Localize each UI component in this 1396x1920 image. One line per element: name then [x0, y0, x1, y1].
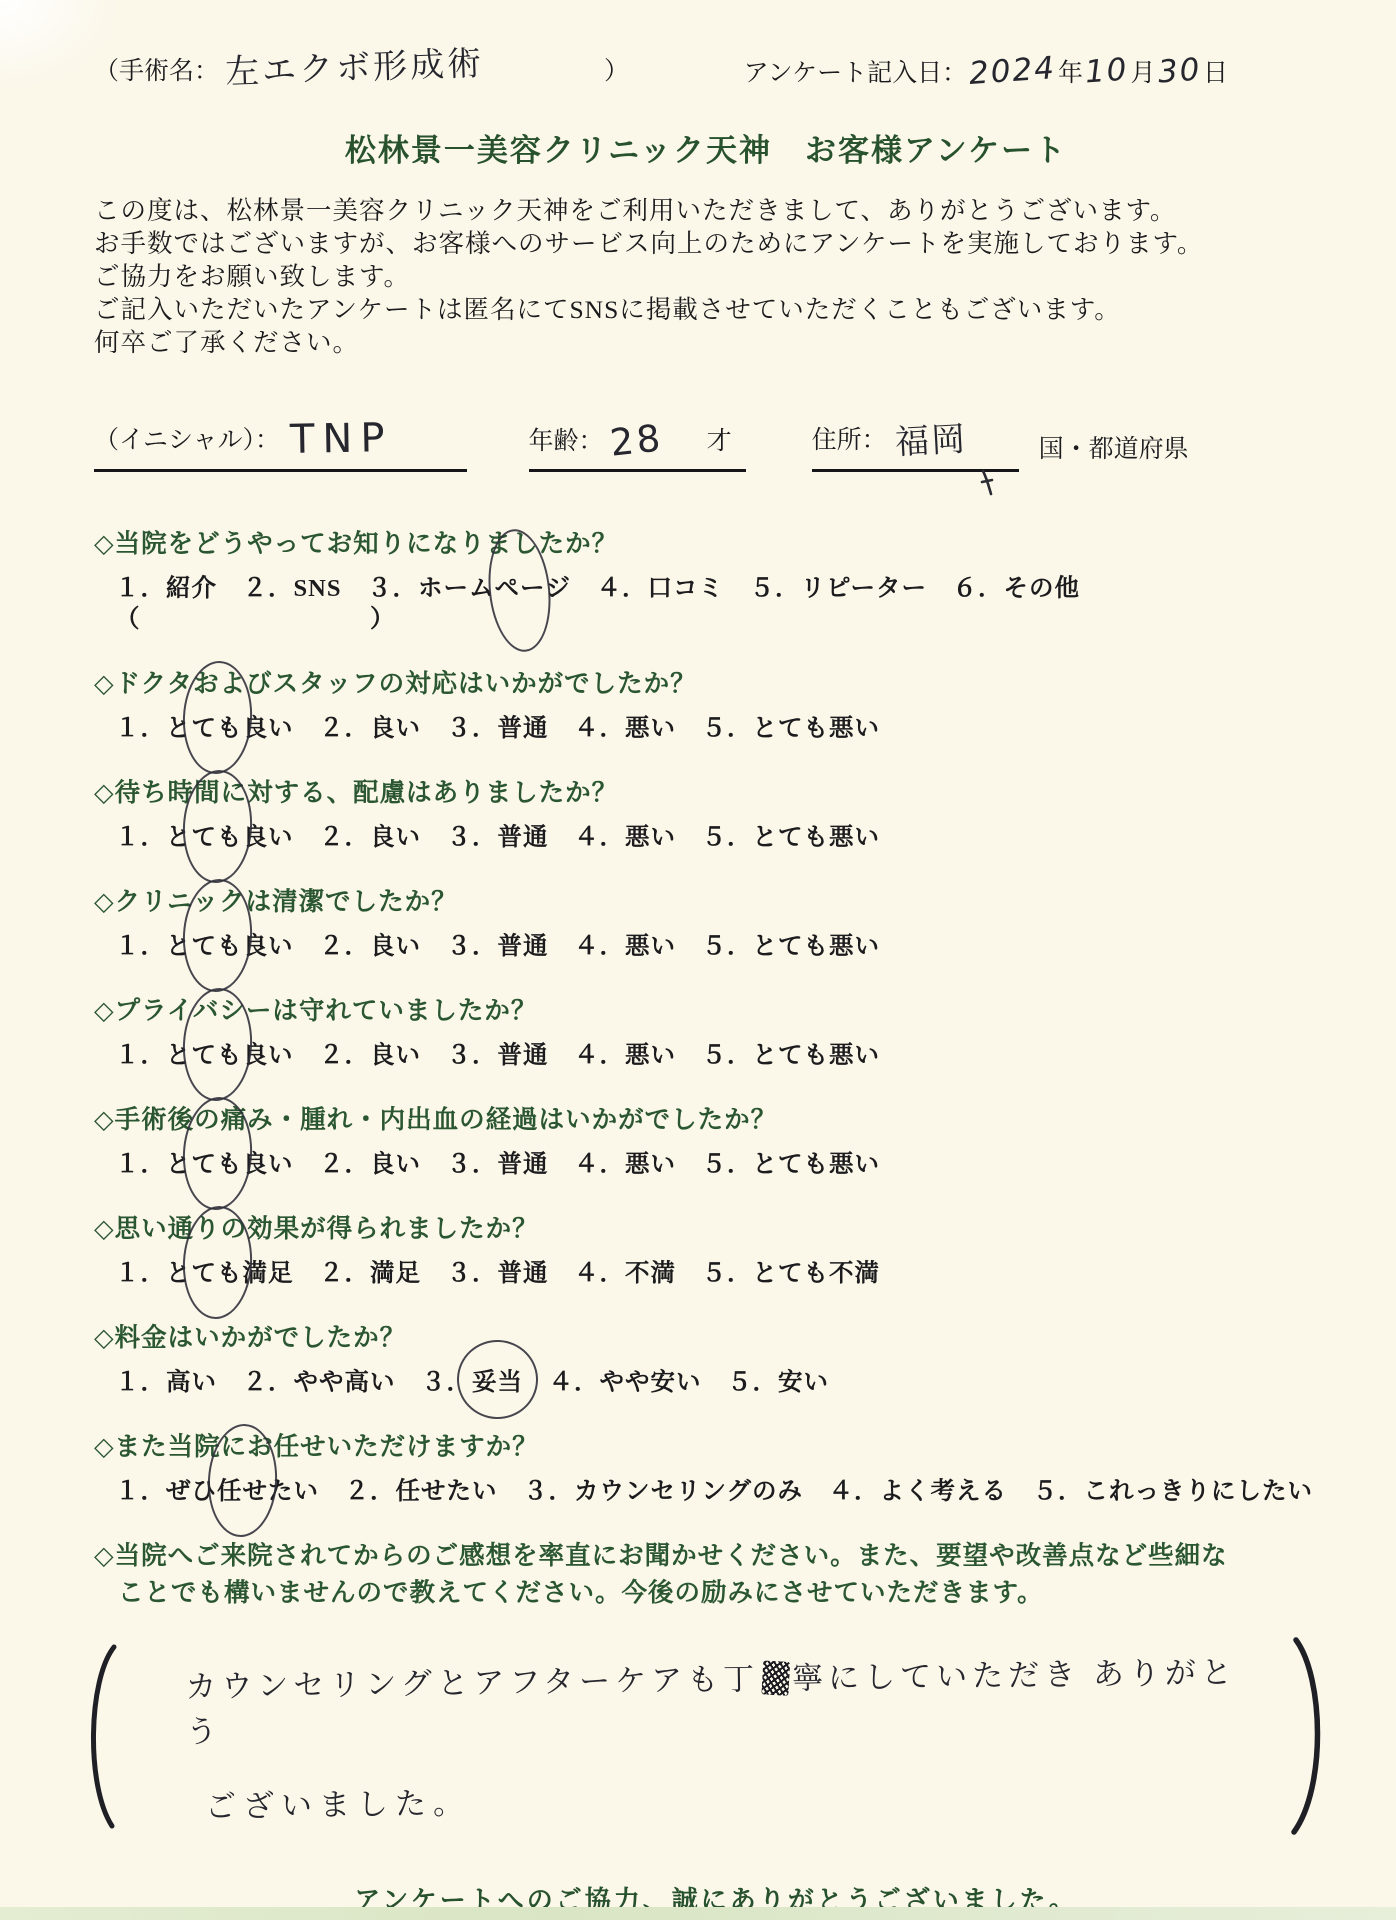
intro-line: 何卒ご了承ください。 — [94, 326, 1338, 359]
right-paren-stroke — [1286, 1636, 1332, 1841]
answer-circle: ペー — [494, 573, 545, 604]
question-label: ◇当院をどうやってお知りになりましたか？ — [94, 528, 1338, 559]
answer-circle: ても — [192, 713, 243, 744]
options-text: 良い ２．良い ３．普通 ４．悪い ５．とても悪い — [243, 933, 881, 960]
free-question-line1: ◇当院へご来院されてからのご感想を率直にお聞かせください。また、要望や改善点など… — [94, 1540, 1338, 1571]
scan-corner-artifact — [0, 0, 120, 90]
form-title: 松林景一美容クリニック天神 お客様アンケート — [94, 125, 1318, 170]
question-block: ◇当院をどうやってお知りになりましたか？１．紹介 ２．SNS ３．ホームページ … — [94, 528, 1338, 635]
question-label: ◇また当院にお任せいただけますか？ — [94, 1431, 1338, 1462]
address-value-handwritten: 福岡 — [893, 411, 967, 464]
question-block: ◇手術後の痛み・腫れ・内出血の経過はいかがでしたか？１．とても良い ２．良い ３… — [94, 1104, 1338, 1180]
handwritten-comment-area: カウンセリングとアフターケアも丁寧にしていただき ありがとう ございました。 — [94, 1638, 1338, 1834]
comment-line-2: ございました。 — [187, 1767, 1250, 1827]
question-options: １．ぜひ任せたい ２．任せたい ３．カウンセリングのみ ４．よく考える ５．これ… — [94, 1476, 1338, 1507]
question-label: ◇クリニックは清潔でしたか？ — [94, 886, 1338, 917]
question-label: ◇待ち時間に対する、配慮はありましたか？ — [94, 777, 1338, 808]
surgery-name-field: （手術名：左エクボ形成術） — [94, 40, 629, 89]
day-unit: 日 — [1203, 60, 1228, 87]
options-text: たい ２．任せたい ３．カウンセリングのみ ４．よく考える ５．これっきりにした… — [268, 1478, 1313, 1505]
options-text: 満足 ２．満足 ３．普通 ４．不満 ５．とても不満 — [243, 1260, 881, 1287]
age-label: 年齢： — [529, 428, 604, 455]
answer-circle: 任せ — [217, 1476, 268, 1507]
date-month-handwritten: 10 — [1084, 52, 1130, 91]
question-options: １．とても良い ２．良い ３．普通 ４．悪い ５．とても悪い — [94, 713, 1338, 744]
question-options: １．とても満足 ２．満足 ３．普通 ４．不満 ５．とても不満 — [94, 1258, 1338, 1289]
address-field: 住所：福岡 — [812, 413, 1019, 472]
options-text: 良い ２．良い ３．普通 ４．悪い ５．とても悪い — [243, 1042, 881, 1069]
scribble-mark — [761, 1660, 790, 1695]
age-unit: 才 — [707, 428, 732, 455]
question-options: １．高い ２．やや高い ３．妥当 ４．やや安い ５．安い — [94, 1367, 1338, 1398]
intro-line: お手数ではございますが、お客様へのサービス向上のためにアンケートを実施しておりま… — [94, 227, 1338, 260]
question-options: １．とても良い ２．良い ３．普通 ４．悪い ５．とても悪い — [94, 1149, 1338, 1180]
options-text: １．と — [115, 1260, 192, 1287]
header-row: （手術名：左エクボ形成術） アンケート記入日：2024年10月30日 — [94, 40, 1338, 89]
options-text: 良い ２．良い ３．普通 ４．悪い ５．とても悪い — [243, 715, 881, 742]
options-text: １．と — [115, 824, 192, 851]
intro-line: ご協力をお願い致します。 — [94, 260, 1338, 293]
question-options: １．とても良い ２．良い ３．普通 ４．悪い ５．とても悪い — [94, 931, 1338, 962]
question-options: １．とても良い ２．良い ３．普通 ４．悪い ５．とても悪い — [94, 1040, 1338, 1071]
month-unit: 月 — [1131, 60, 1156, 87]
answer-circle: ても — [192, 931, 243, 962]
address-label: 住所： — [812, 427, 887, 454]
initial-value-handwritten: TNP — [290, 415, 393, 463]
initial-label: （イニシャル）： — [94, 427, 280, 454]
intro-paragraph: この度は、松林景一美容クリニック天神をご利用いただきまして、ありがとうございます… — [94, 194, 1338, 359]
answer-circle: ても — [192, 822, 243, 853]
options-text: １．と — [115, 1042, 192, 1069]
surgery-name-handwritten: 左エクボ形成術 — [224, 35, 485, 93]
options-text: １．高い ２．やや高い ３． — [115, 1369, 472, 1396]
age-value-handwritten: 28 — [607, 416, 664, 464]
free-comment-question: ◇当院へご来院されてからのご感想を率直にお聞かせください。また、要望や改善点など… — [94, 1540, 1338, 1608]
date-day-handwritten: 30 — [1156, 52, 1202, 91]
question-label: ◇ドクタおよびスタッフの対応はいかがでしたか？ — [94, 668, 1338, 699]
answer-circle: 妥当 — [472, 1367, 523, 1398]
question-block: ◇待ち時間に対する、配慮はありましたか？１．とても良い ２．良い ３．普通 ４．… — [94, 777, 1338, 853]
question-block: ◇ドクタおよびスタッフの対応はいかがでしたか？１．とても良い ２．良い ３．普通… — [94, 668, 1338, 744]
options-text: １．と — [115, 933, 192, 960]
survey-date-field: アンケート記入日：2024年10月30日 — [744, 53, 1228, 89]
options-text: ４．やや安い ５．安い — [523, 1369, 829, 1396]
year-unit: 年 — [1058, 60, 1083, 87]
answer-circle: ても — [192, 1149, 243, 1180]
answer-circle: ても — [192, 1040, 243, 1071]
date-label: アンケート記入日： — [744, 60, 968, 87]
question-block: ◇思い通りの効果が得られましたか？１．とても満足 ２．満足 ３．普通 ４．不満 … — [94, 1213, 1338, 1289]
comment-line-1: カウンセリングとアフターケアも丁寧にしていただき ありがとう — [185, 1647, 1248, 1752]
questions: ◇当院をどうやってお知りになりましたか？１．紹介 ２．SNS ３．ホームページ … — [94, 528, 1338, 1507]
question-block: ◇また当院にお任せいただけますか？１．ぜひ任せたい ２．任せたい ３．カウンセリ… — [94, 1431, 1338, 1507]
age-field: 年齢：28才 — [529, 419, 746, 472]
question-block: ◇プライバシーは守れていましたか？１．とても良い ２．良い ３．普通 ４．悪い … — [94, 995, 1338, 1071]
options-text: １．と — [115, 715, 192, 742]
comment-text: カウンセリングとアフターケアも丁 — [185, 1661, 759, 1704]
answer-circle: ても — [192, 1258, 243, 1289]
initial-field: （イニシャル）：TNP — [94, 416, 467, 472]
respondent-fields-row: （イニシャル）：TNP 年齢：28才 住所：福岡 国・都道府県 — [94, 413, 1338, 472]
date-year-handwritten: 2024 — [968, 50, 1057, 92]
intro-line: ご記入いただいたアンケートは匿名にてSNSに掲載させていただくこともございます。 — [94, 293, 1338, 326]
question-options: １．とても良い ２．良い ３．普通 ４．悪い ５．とても悪い — [94, 822, 1338, 853]
options-text: 良い ２．良い ３．普通 ４．悪い ５．とても悪い — [243, 824, 881, 851]
scanned-survey-page: （手術名：左エクボ形成術） アンケート記入日：2024年10月30日 松林景一美… — [0, 0, 1396, 1920]
question-block: ◇料金はいかがでしたか？１．高い ２．やや高い ３．妥当 ４．やや安い ５．安い — [94, 1322, 1338, 1398]
handwritten-comment: カウンセリングとアフターケアも丁寧にしていただき ありがとう ございました。 — [93, 1629, 1339, 1827]
options-text: １．紹介 ２．SNS ３．ホーム — [115, 575, 494, 602]
question-label: ◇思い通りの効果が得られましたか？ — [94, 1213, 1338, 1244]
question-label: ◇料金はいかがでしたか？ — [94, 1322, 1338, 1353]
question-label: ◇プライバシーは守れていましたか？ — [94, 995, 1338, 1026]
question-options: １．紹介 ２．SNS ３．ホームページ ４．口コミ ５．リピーター ６．その他（… — [94, 573, 1338, 635]
stray-pen-mark — [978, 468, 996, 503]
surgery-label-close: ） — [604, 58, 629, 85]
question-block: ◇クリニックは清潔でしたか？１．とても良い ２．良い ３．普通 ４．悪い ５．と… — [94, 886, 1338, 962]
options-text: 良い ２．良い ３．普通 ４．悪い ５．とても悪い — [243, 1151, 881, 1178]
intro-line: この度は、松林景一美容クリニック天神をご利用いただきまして、ありがとうございます… — [94, 194, 1338, 227]
options-text: １．と — [115, 1151, 192, 1178]
scan-edge-artifact — [0, 1907, 1396, 1920]
question-label: ◇手術後の痛み・腫れ・内出血の経過はいかがでしたか？ — [94, 1104, 1338, 1135]
region-label: 国・都道府県 — [1039, 429, 1189, 472]
free-question-line2: ことでも構いませんので教えてください。今後の励みにさせていただきます。 — [94, 1577, 1338, 1608]
options-text: １．ぜひ — [115, 1478, 217, 1505]
